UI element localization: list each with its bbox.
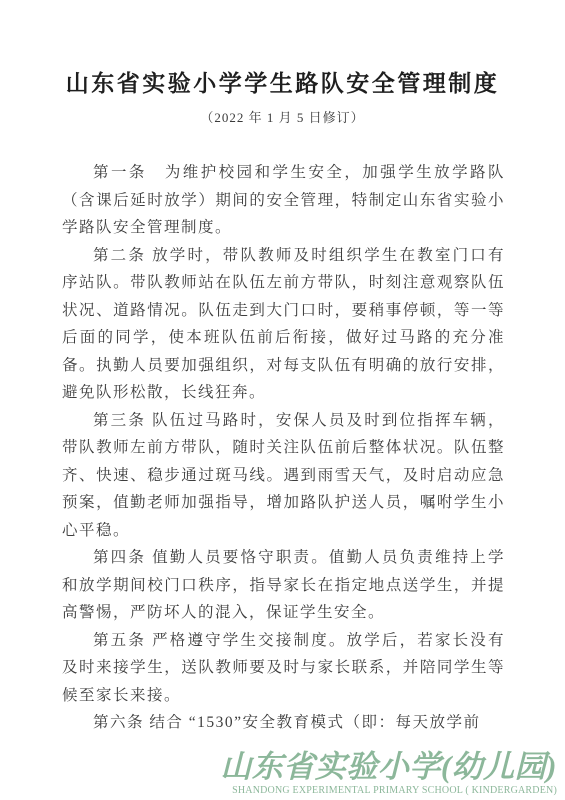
document-body: 第一条 为维护校园和学生安全，加强学生放学路队（含课后延时放学）期间的安全管理，… xyxy=(62,159,505,737)
school-logo: 山东省实验小学(幼儿园) SHANDONG EXPERIMENTAL PRIMA… xyxy=(220,749,557,797)
document-paragraph: 第一条 为维护校园和学生安全，加强学生放学路队（含课后延时放学）期间的安全管理，… xyxy=(62,159,505,242)
document-page: 山东省实验小学学生路队安全管理制度 （2022 年 1 月 5 日修订） 第一条… xyxy=(0,0,565,800)
document-paragraph: 第四条 值勤人员要恪守职责。值勤人员负责维持上学和放学期间校门口秩序，指导家长在… xyxy=(62,544,505,627)
school-logo-english-text: SHANDONG EXPERIMENTAL PRIMARY SCHOOL ( K… xyxy=(220,785,557,797)
document-revision-date: （2022 年 1 月 5 日修订） xyxy=(0,107,565,126)
school-logo-chinese-text: 山东省实验小学(幼儿园) xyxy=(220,749,557,785)
document-paragraph: 第三条 队伍过马路时，安保人员及时到位指挥车辆，带队教师左前方带队，随时关注队伍… xyxy=(62,407,505,545)
document-paragraph: 第五条 严格遵守学生交接制度。放学后，若家长没有及时来接学生，送队教师要及时与家… xyxy=(62,627,505,710)
document-title: 山东省实验小学学生路队安全管理制度 xyxy=(0,0,565,98)
document-paragraph: 第二条 放学时，带队教师及时组织学生在教室门口有序站队。带队教师站在队伍左前方带… xyxy=(62,242,505,407)
document-paragraph: 第六条 结合 “1530”安全教育模式（即：每天放学前 xyxy=(62,709,505,737)
